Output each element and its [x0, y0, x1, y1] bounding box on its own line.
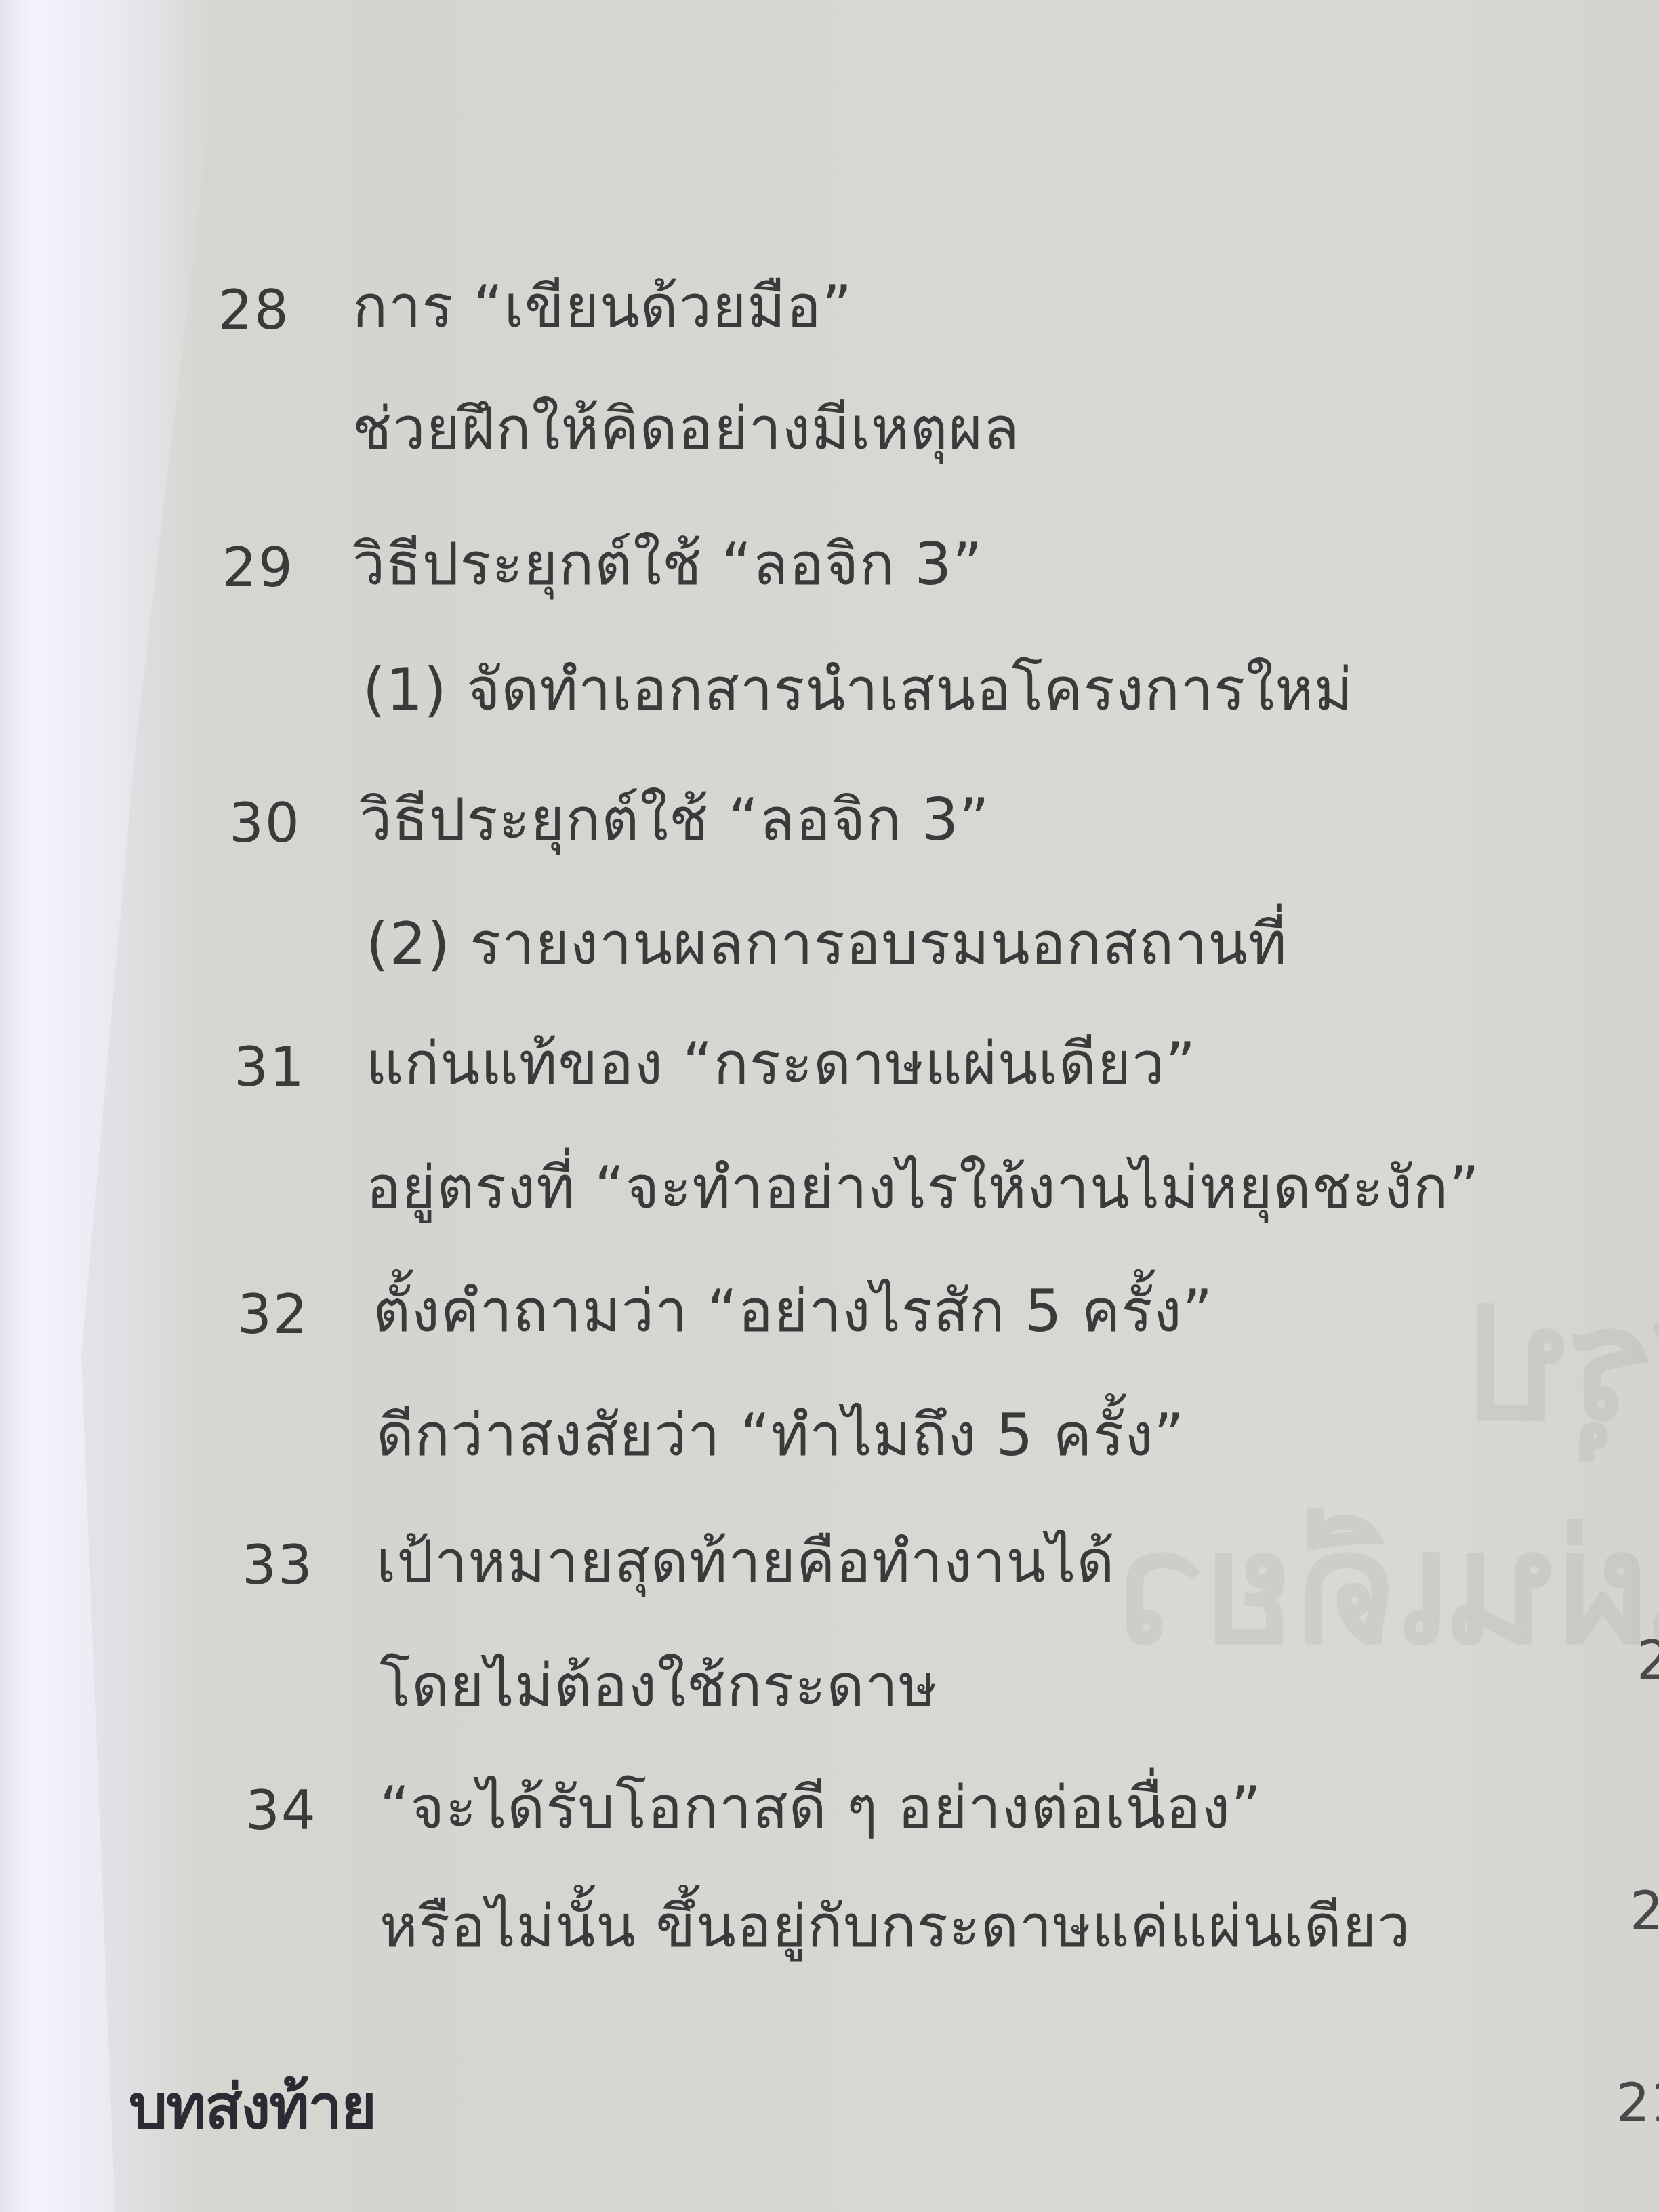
entry-title-line-2: ดีกว่าสงสัยว่า “ทำไมถึง 5 ครั้ง” — [376, 1406, 1185, 1465]
entry-title-line-1: “จะได้รับโอกาสดี ๆ อย่างต่อเนื่อง” — [380, 1779, 1262, 1837]
entry-title-line-1: วิธีประยุกต์ใช้ “ลอจิก 3” — [359, 791, 990, 849]
entry-title-line-1: การ “เขียนด้วยมือ” — [352, 278, 853, 336]
entry-page-number: 2 — [1637, 1635, 1659, 1687]
entry-title-line-2: อยู่ตรงที่ “จะทำอย่างไรให้งานไม่หยุดชะงั… — [366, 1159, 1480, 1217]
entry-number: 31 — [234, 1040, 306, 1094]
entry-title-line-2: (1) จัดทำเอกสารนำเสนอโครงการใหม่ — [363, 661, 1353, 719]
entry-title-line-2: (2) รายงานผลการอบรมนอกสถานที่ — [366, 915, 1288, 973]
entry-title-line-2: หรือไม่นั้น ขึ้นอยู่กับกระดาษแค่แผ่นเดีย… — [380, 1898, 1410, 1956]
entry-number: 34 — [245, 1784, 317, 1838]
entry-title-line-1: ตั้งคำถามว่า “อย่างไรสัก 5 ครั้ง” — [373, 1282, 1213, 1340]
entry-number: 30 — [229, 796, 301, 851]
afterword-page-number: 21 — [1616, 2077, 1659, 2130]
entry-number: 32 — [237, 1288, 309, 1342]
entry-number: 29 — [222, 541, 294, 595]
entry-number: 33 — [242, 1538, 314, 1593]
entry-title-line-1: แก่นแท้ของ “กระดาษแผ่นเดียว” — [366, 1035, 1196, 1093]
entry-title-line-2: โดยไม่ต้องใช้กระดาษ — [380, 1657, 938, 1715]
table-of-contents: 28 การ “เขียนด้วยมือ” ช่วยฝึกให้คิดอย่าง… — [0, 0, 1659, 2212]
entry-page-number: 2 — [1630, 1885, 1659, 1938]
entry-title-line-2: ช่วยฝึกให้คิดอย่างมีเหตุผล — [352, 400, 1020, 458]
afterword-heading: บทส่งท้าย — [129, 2077, 375, 2138]
entry-title-line-1: วิธีประยุกต์ใช้ “ลอจิก 3” — [352, 535, 983, 594]
entry-title-line-1: เป้าหมายสุดท้ายคือทำงานได้ — [376, 1533, 1115, 1591]
entry-number: 28 — [218, 283, 290, 337]
